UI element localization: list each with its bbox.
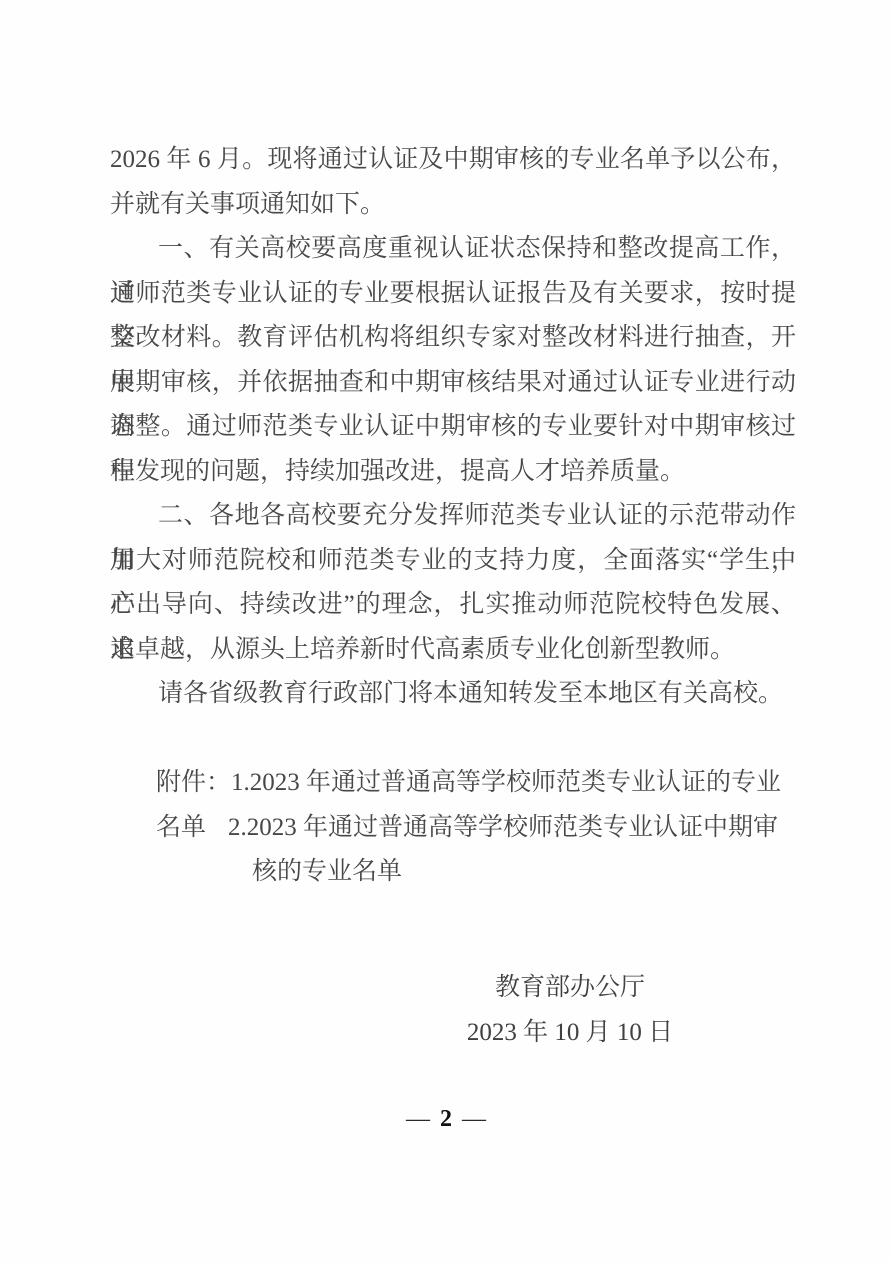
para1-line-2: 过师范类专业认证的专业要根据认证报告及有关要求，按时提交 — [110, 272, 796, 317]
para3-line-1: 请各省级教育行政部门将本通知转发至本地区有关高校。 — [110, 672, 796, 717]
attachments-line-2: 2.2023 年通过普通高等学校师范类专业认证中期审 — [228, 806, 796, 851]
para2-line-1: 二、各地各高校要充分发挥师范类专业认证的示范带动作用， — [110, 494, 796, 539]
document-page: 2026 年 6 月。现将通过认证及中期审核的专业名单予以公布， 并就有关事项通… — [0, 0, 892, 1262]
notice-body: 2026 年 6 月。现将通过认证及中期审核的专业名单予以公布， 并就有关事项通… — [110, 138, 796, 895]
signature-issuer: 教育部办公厅 — [420, 966, 720, 1011]
intro-line-1: 2026 年 6 月。现将通过认证及中期审核的专业名单予以公布， — [110, 138, 796, 183]
para2-line-2: 加大对师范院校和师范类专业的支持力度，全面落实“学生中心、 — [110, 539, 796, 584]
para1-line-5: 调整。通过师范类专业认证中期审核的专业要针对中期审核过程 — [110, 405, 796, 450]
footer-left-dash: — — [406, 1106, 430, 1132]
para1-line-3: 整改材料。教育评估机构将组织专家对整改材料进行抽查，开展 — [110, 316, 796, 361]
para1-line-6: 中发现的问题，持续加强改进，提高人才培养质量。 — [110, 450, 796, 495]
para2-line-4: 求卓越，从源头上培养新时代高素质专业化创新型教师。 — [110, 628, 796, 673]
signature-date: 2023 年 10 月 10 日 — [420, 1011, 720, 1056]
attachments-line-1: 附件：1.2023 年通过普通高等学校师范类专业认证的专业名单 — [156, 761, 796, 806]
page-number: 2 — [440, 1106, 452, 1132]
signature-block: 教育部办公厅 2023 年 10 月 10 日 — [420, 966, 720, 1055]
page-footer: —2— — [0, 1104, 892, 1134]
attachments-line-3: 核的专业名单 — [252, 850, 796, 895]
para2-line-3: 产出导向、持续改进”的理念，扎实推动师范院校特色发展、追 — [110, 583, 796, 628]
para1-line-4: 中期审核，并依据抽查和中期审核结果对通过认证专业进行动态 — [110, 361, 796, 406]
intro-line-2: 并就有关事项通知如下。 — [110, 183, 796, 228]
attachments-label: 附件： — [156, 769, 231, 796]
blank-line — [110, 717, 796, 762]
para1-line-1: 一、有关高校要高度重视认证状态保持和整改提高工作，通 — [110, 227, 796, 272]
footer-right-dash: — — [462, 1106, 486, 1132]
